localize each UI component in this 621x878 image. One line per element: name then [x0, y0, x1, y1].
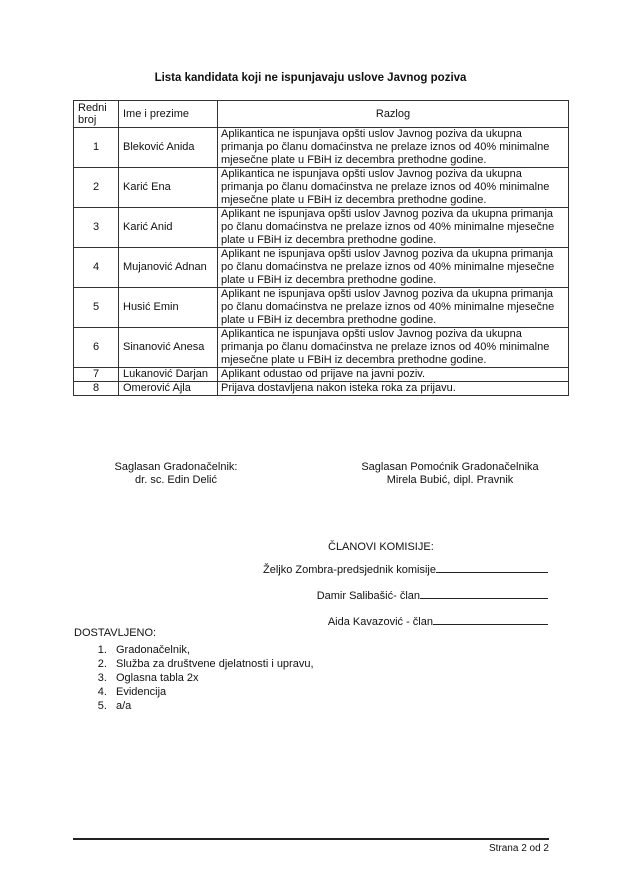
signature-assistant-role: Saglasan Pomoćnik Gradonačelnika — [340, 461, 560, 474]
dostavljeno-item: Služba za društvene djelatnosti i upravu… — [110, 657, 314, 671]
row-reason: Prijava dostavljena nakon isteka roka za… — [218, 382, 569, 396]
row-number: 7 — [74, 368, 119, 382]
row-number: 4 — [74, 248, 119, 288]
dostavljeno-list: Gradonačelnik, Služba za društvene djela… — [90, 643, 314, 713]
candidate-name: Husić Emin — [119, 288, 218, 328]
signature-mayor-role: Saglasan Gradonačelnik: — [96, 461, 256, 474]
document-title: Lista kandidata koji ne ispunjavaju uslo… — [0, 72, 621, 84]
signature-mayor-name: dr. sc. Edin Delić — [96, 474, 256, 487]
row-number: 5 — [74, 288, 119, 328]
candidate-name: Omerović Ajla — [119, 382, 218, 396]
signature-mayor: Saglasan Gradonačelnik: dr. sc. Edin Del… — [96, 461, 256, 487]
footer-divider — [73, 838, 549, 840]
row-reason: Aplikantica ne ispunjava opšti uslov Jav… — [218, 328, 569, 368]
header-razlog: Razlog — [218, 101, 569, 128]
signature-assistant-name: Mirela Bubić, dipl. Pravnik — [340, 474, 560, 487]
dostavljeno-item: Gradonačelnik, — [110, 643, 314, 657]
signature-line — [433, 614, 548, 625]
table-row: 5Husić EminAplikant ne ispunjava opšti u… — [74, 288, 569, 328]
candidate-name: Karić Ena — [119, 168, 218, 208]
dostavljeno-heading: DOSTAVLJENO: — [74, 627, 156, 639]
table-row: 3Karić AnidAplikant ne ispunjava opšti u… — [74, 208, 569, 248]
candidate-name: Karić Anid — [119, 208, 218, 248]
dostavljeno-item: Evidencija — [110, 685, 314, 699]
komisija-member-name: Željko Zombra-predsjednik komisije — [263, 564, 436, 576]
row-reason: Aplikant ne ispunjava opšti uslov Javnog… — [218, 248, 569, 288]
row-number: 6 — [74, 328, 119, 368]
signature-line — [436, 562, 548, 573]
candidate-name: Sinanović Anesa — [119, 328, 218, 368]
table-row: 2Karić EnaAplikantica ne ispunjava opšti… — [74, 168, 569, 208]
table-row: 7Lukanović DarjanAplikant odustao od pri… — [74, 368, 569, 382]
row-reason: Aplikantica ne ispunjava opšti uslov Jav… — [218, 168, 569, 208]
row-number: 3 — [74, 208, 119, 248]
komisija-member-3: Aida Kavazović - član — [328, 614, 548, 628]
row-reason: Aplikant ne ispunjava opšti uslov Javnog… — [218, 208, 569, 248]
candidate-name: Mujanović Adnan — [119, 248, 218, 288]
dostavljeno-item: Oglasna tabla 2x — [110, 671, 314, 685]
row-reason: Aplikantica ne ispunjava opšti uslov Jav… — [218, 128, 569, 168]
row-number: 1 — [74, 128, 119, 168]
table-row: 1Bleković AnidaAplikantica ne ispunjava … — [74, 128, 569, 168]
komisija-member-name: Damir Salibašić- član — [317, 590, 420, 602]
row-reason: Aplikant odustao od prijave na javni poz… — [218, 368, 569, 382]
row-reason: Aplikant ne ispunjava opšti uslov Javnog… — [218, 288, 569, 328]
header-redni-broj: Redni broj — [74, 101, 119, 128]
signature-assistant: Saglasan Pomoćnik Gradonačelnika Mirela … — [340, 461, 560, 487]
candidates-table: Redni broj Ime i prezime Razlog 1Blekovi… — [73, 100, 569, 396]
table-header-row: Redni broj Ime i prezime Razlog — [74, 101, 569, 128]
komisija-member-2: Damir Salibašić- član — [317, 588, 548, 602]
header-ime-prezime: Ime i prezime — [119, 101, 218, 128]
row-number: 2 — [74, 168, 119, 208]
komisija-heading: ČLANOVI KOMISIJE: — [328, 541, 434, 553]
table-row: 6Sinanović AnesaAplikantica ne ispunjava… — [74, 328, 569, 368]
table-row: 8Omerović AjlaPrijava dostavljena nakon … — [74, 382, 569, 396]
table-row: 4Mujanović AdnanAplikant ne ispunjava op… — [74, 248, 569, 288]
page-number: Strana 2 od 2 — [489, 843, 549, 854]
candidate-name: Lukanović Darjan — [119, 368, 218, 382]
dostavljeno-item: a/a — [110, 699, 314, 713]
komisija-member-1: Željko Zombra-predsjednik komisije — [263, 562, 548, 576]
candidate-name: Bleković Anida — [119, 128, 218, 168]
row-number: 8 — [74, 382, 119, 396]
komisija-member-name: Aida Kavazović - član — [328, 616, 433, 628]
signature-line — [420, 588, 548, 599]
